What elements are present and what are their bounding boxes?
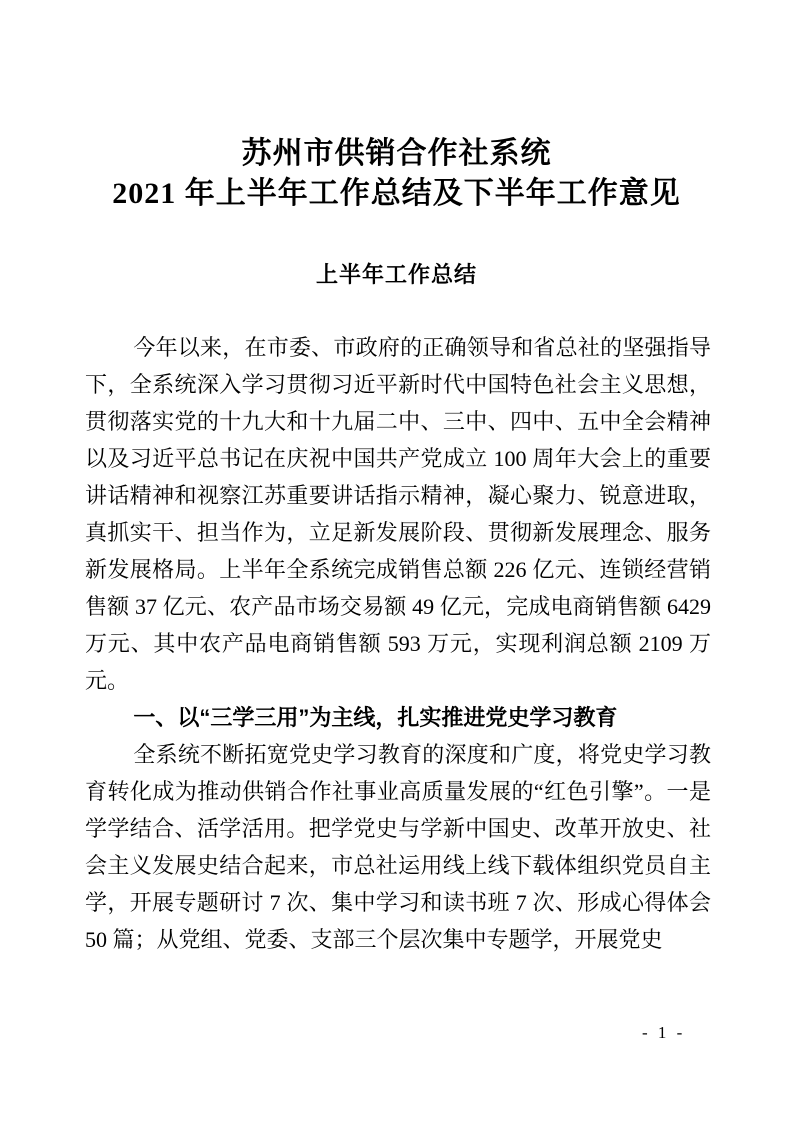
document-page: 苏州市供销合作社系统 2021 年上半年工作总结及下半年工作意见 上半年工作总结… [0,0,793,1122]
section-heading-1: 一、以“三学三用”为主线，扎实推进党史学习教育 [85,699,711,736]
paragraph-party-history-education: 全系统不断拓宽党史学习教育的深度和广度，将党史学习教育转化成为推动供销合作社事业… [85,736,711,958]
document-title-line1: 苏州市供销合作社系统 [0,134,793,174]
page-number: - 1 - [642,1022,685,1044]
paragraph-overview: 今年以来，在市委、市政府的正确领导和省总社的坚强指导下，全系统深入学习贯彻习近平… [85,329,711,699]
document-title-line2: 2021 年上半年工作总结及下半年工作意见 [0,174,793,214]
document-body: 今年以来，在市委、市政府的正确领导和省总社的坚强指导下，全系统深入学习贯彻习近平… [85,329,711,958]
section-subtitle: 上半年工作总结 [0,258,793,289]
document-title: 苏州市供销合作社系统 2021 年上半年工作总结及下半年工作意见 [0,134,793,214]
